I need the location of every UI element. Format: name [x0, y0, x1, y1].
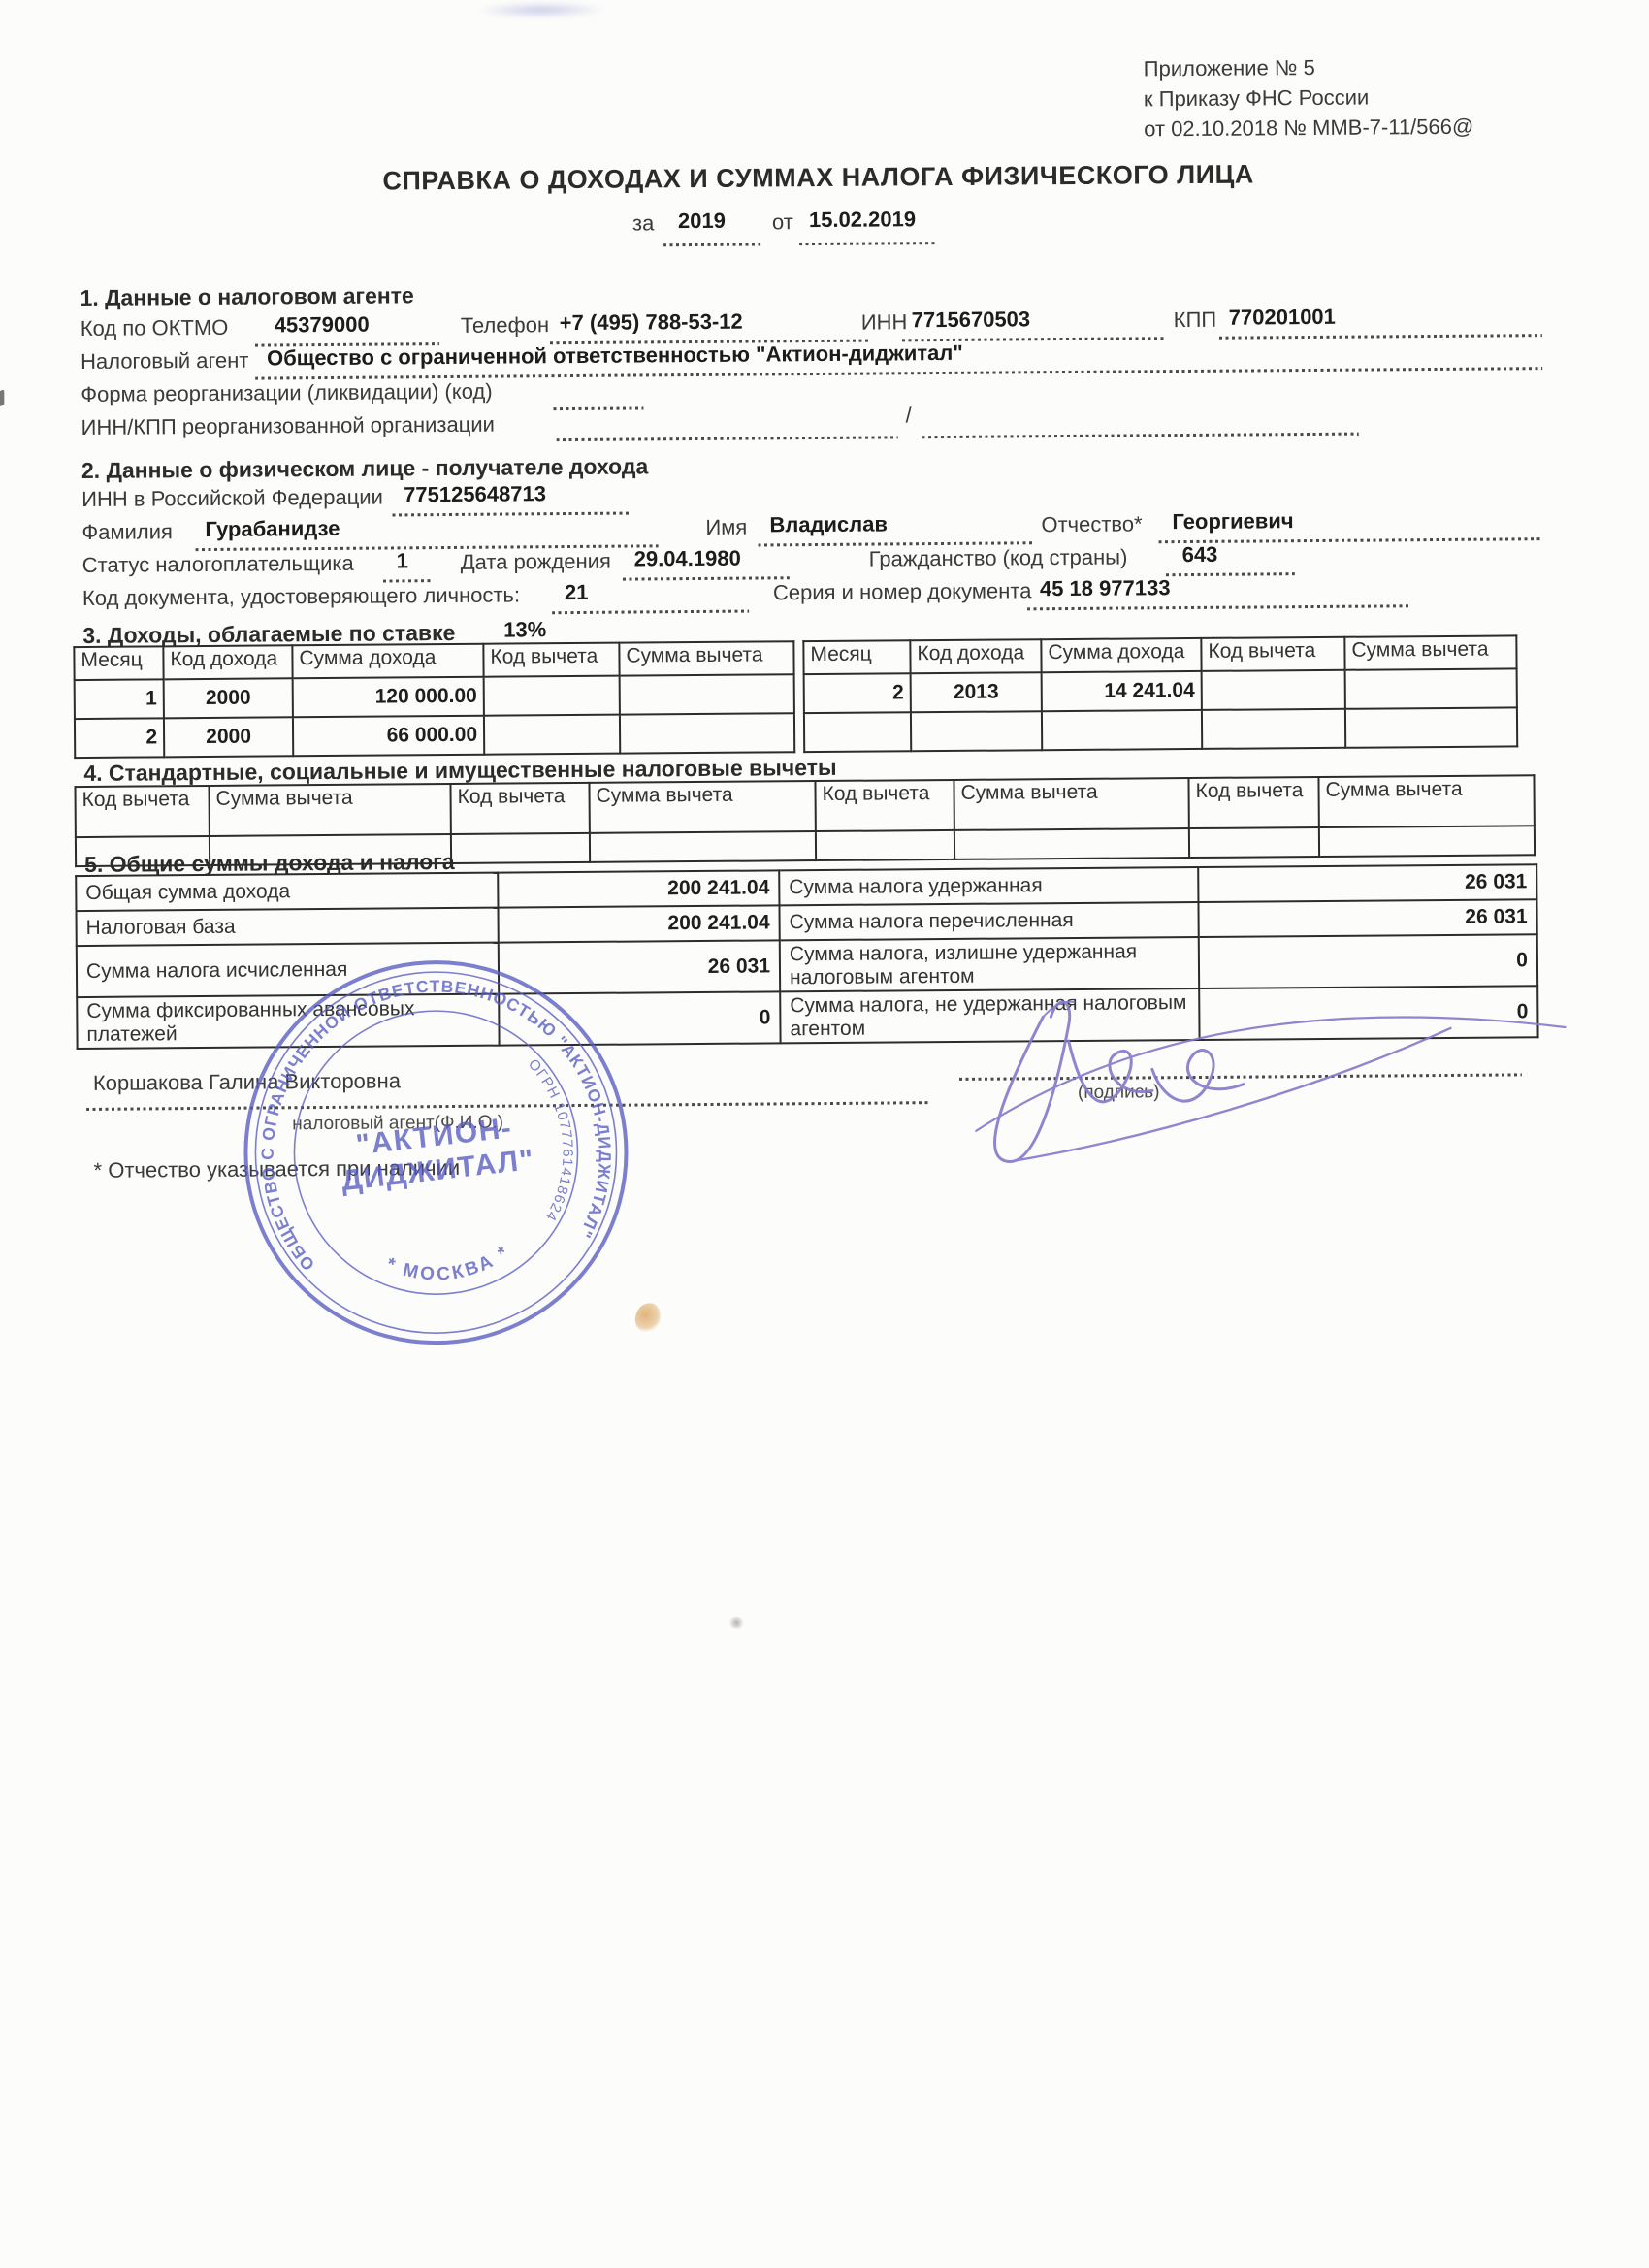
dotted-line [799, 242, 935, 245]
appendix-line: от 02.10.2018 № ММВ-7-11/566@ [1144, 112, 1473, 145]
oktmo-value: 45379000 [275, 312, 370, 339]
header-cell: Код дохода [910, 639, 1041, 673]
dotted-line [557, 436, 898, 441]
scan-smudge-top [475, 2, 606, 18]
cell: 26 031 [1198, 899, 1536, 937]
edge-mark [0, 389, 4, 407]
dotted-line [553, 406, 643, 410]
cell [1345, 707, 1517, 747]
kpp-value: 770201001 [1229, 305, 1336, 331]
header-cell: Сумма вычета [1344, 635, 1516, 669]
dotted-line [383, 579, 434, 582]
section1-heading: 1. Данные о налоговом агенте [80, 282, 413, 311]
doc-code-value: 21 [565, 580, 589, 605]
patronymic-value: Георгиевич [1172, 508, 1293, 535]
agent-label: Налоговый агент [81, 348, 249, 374]
period-year: 2019 [678, 209, 726, 234]
cell [1202, 670, 1345, 710]
cell [911, 711, 1042, 751]
header-cell: Сумма дохода [1041, 638, 1201, 672]
cell: 120 000.00 [293, 677, 484, 718]
page-title: СПРАВКА О ДОХОДАХ И СУММАХ НАЛОГА ФИЗИЧЕ… [0, 156, 1643, 199]
status-label: Статус налогоплательщика [82, 551, 354, 578]
person-inn-value: 775125648713 [404, 481, 546, 507]
header-row: МесяцКод доходаСумма доходаКод вычетаСум… [803, 635, 1516, 674]
appendix-line: к Приказу ФНС России [1144, 81, 1473, 114]
dotted-line [1219, 334, 1542, 340]
cell [620, 674, 794, 714]
scanned-document-page: Приложение № 5 к Приказу ФНС России от 0… [0, 0, 1649, 2268]
table-row: 2200066 000.00 [75, 713, 794, 758]
cell [804, 712, 911, 752]
cell: 200 241.04 [498, 905, 779, 942]
dotted-line [1027, 604, 1411, 610]
slash: / [905, 403, 911, 428]
surname-label: Фамилия [81, 519, 173, 545]
stamp-ogrn-text: ОГРН 1077761418624 [524, 1053, 585, 1225]
dotted-line [552, 610, 749, 615]
dotted-line [623, 576, 790, 580]
cell [1202, 709, 1345, 749]
date-label: от [772, 210, 793, 235]
paper-speck [727, 1617, 745, 1629]
cell: Сумма налога удержанная [779, 867, 1198, 905]
header-cell: Код вычета [450, 783, 589, 834]
innkpp-reorg-label: ИНН/КПП реорганизованной организации [81, 412, 494, 440]
header-cell: Сумма вычета [589, 781, 815, 833]
doc-series-value: 45 18 977133 [1040, 575, 1171, 601]
dotted-line [663, 243, 760, 246]
dotted-line [922, 433, 1359, 439]
cell: 2013 [911, 672, 1042, 712]
name-value: Владислав [769, 511, 888, 537]
cell [1042, 710, 1202, 750]
cell [954, 828, 1189, 859]
header-cell: Сумма вычета [619, 641, 793, 675]
doc-code-label: Код документа, удостоверяющего личность: [82, 582, 520, 611]
cell: Сумма налога перечисленная [779, 902, 1198, 940]
income-table-right: МесяцКод доходаСумма доходаКод вычетаСум… [802, 634, 1518, 753]
birthdate-value: 29.04.1980 [634, 546, 741, 572]
citizenship-label: Гражданство (код страны) [869, 545, 1128, 572]
cell: 66 000.00 [293, 716, 484, 757]
agent-value: Общество с ограниченной ответственностью… [267, 340, 963, 372]
cell [451, 833, 590, 863]
table-row [804, 707, 1517, 752]
income-table-left: МесяцКод доходаСумма доходаКод вычетаСум… [73, 640, 795, 759]
period-label: за [632, 211, 655, 236]
tax-rate-value: 13% [503, 617, 546, 642]
header-cell: Код вычета [815, 780, 954, 831]
handwritten-signature [907, 969, 1588, 1183]
cell: 26 031 [1198, 864, 1536, 902]
dotted-line [1166, 572, 1295, 576]
appendix-line: Приложение № 5 [1144, 51, 1473, 84]
cell [1345, 668, 1517, 708]
reorg-label: Форма реорганизации (ликвидации) (код) [81, 379, 492, 407]
citizenship-value: 643 [1182, 542, 1218, 567]
header-cell: Код вычета [75, 786, 209, 837]
company-stamp: ОБЩЕСТВО С ОГРАНИЧЕННОЙ ОТВЕТСТВЕННОСТЬЮ… [218, 935, 654, 1371]
header-cell: Месяц [803, 640, 910, 674]
header-cell: Код вычета [1188, 777, 1318, 828]
header-cell: Код вычета [483, 643, 619, 677]
cell [816, 830, 954, 860]
cell: 14 241.04 [1042, 671, 1202, 711]
cell [620, 713, 794, 753]
cell: 2 [75, 718, 164, 758]
header-cell: Сумма вычета [209, 784, 450, 836]
table-row: 12000120 000.00 [75, 674, 794, 719]
doc-series-label: Серия и номер документа [773, 578, 1032, 605]
cell [590, 831, 816, 862]
header-cell: Сумма вычета [1318, 775, 1534, 827]
header-cell: Сумма вычета [954, 778, 1188, 830]
header-row: МесяцКод доходаСумма доходаКод вычетаСум… [74, 641, 793, 680]
section2-heading: 2. Данные о физическом лице - получателе… [81, 453, 649, 484]
cell: 2000 [164, 717, 293, 757]
cell: Общая сумма дохода [76, 873, 498, 911]
kpp-label: КПП [1174, 308, 1217, 333]
cell [1319, 826, 1535, 857]
cell [484, 715, 620, 755]
phone-label: Телефон [461, 312, 549, 339]
appendix-block: Приложение № 5 к Приказу ФНС России от 0… [1144, 51, 1474, 145]
table-row: 2201314 241.04 [804, 668, 1517, 713]
cell: 2 [804, 673, 911, 713]
status-value: 1 [397, 548, 408, 573]
inn-value: 7715670503 [912, 307, 1031, 333]
phone-value: +7 (495) 788-53-12 [560, 309, 743, 336]
header-cell: Код дохода [163, 645, 292, 679]
inn-label: ИНН [861, 309, 908, 335]
patronymic-label: Отчество* [1041, 511, 1142, 537]
birthdate-label: Дата рождения [461, 549, 611, 575]
dotted-line [392, 512, 629, 517]
header-cell: Сумма дохода [292, 644, 483, 679]
stamp-city-text: * МОСКВА * [381, 1241, 516, 1292]
cell: 2000 [164, 678, 293, 718]
oktmo-label: Код по ОКТМО [81, 315, 229, 341]
certificate-date: 15.02.2019 [809, 207, 916, 233]
cell [1189, 827, 1319, 858]
header-cell: Код вычета [1201, 637, 1344, 671]
cell [484, 676, 620, 716]
cell: 200 241.04 [498, 870, 779, 907]
name-label: Имя [705, 515, 747, 540]
header-cell: Месяц [74, 646, 163, 680]
cell: Налоговая база [76, 908, 498, 946]
person-inn-label: ИНН в Российской Федерации [81, 485, 383, 512]
surname-value: Гурабанидзе [205, 516, 339, 542]
cell: 1 [75, 679, 164, 719]
